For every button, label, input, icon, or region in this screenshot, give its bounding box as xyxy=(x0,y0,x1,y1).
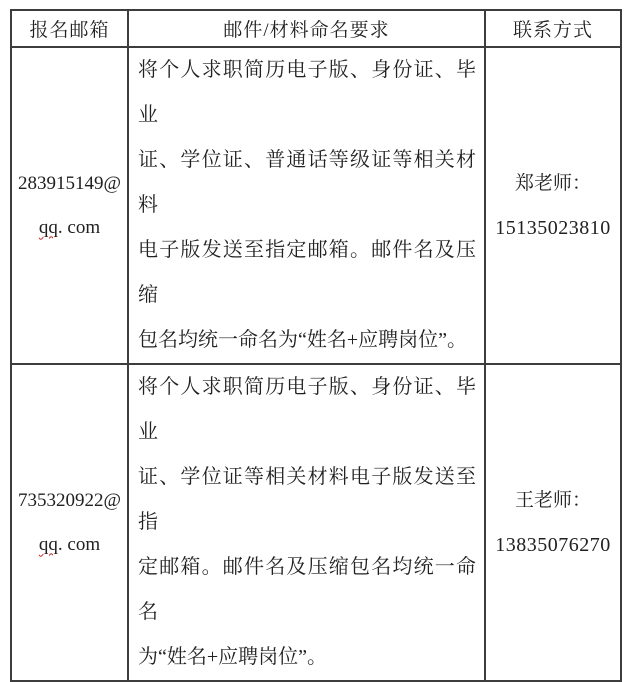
requirement-cell: 将个人求职简历电子版、身份证、毕业 证、学位证、普通话等级证等相关材料 电子版发… xyxy=(128,47,485,364)
contact-phone: 15135023810 xyxy=(486,206,620,250)
requirement-line: 包名均统一命名为“姓名+应聘岗位”。 xyxy=(138,318,476,363)
requirement-line: 将个人求职简历电子版、身份证、毕业 xyxy=(138,48,476,138)
email-domain-rest: . com xyxy=(58,217,100,238)
contact-cell: 王老师： 13835076270 xyxy=(485,364,621,423)
table-row: 283915149@ qq. com 将个人求职简历电子版、身份证、毕业 证、学… xyxy=(11,47,621,364)
email-domain-part: qq. com xyxy=(12,206,127,250)
requirement-line: 证、学位证、普通话等级证等相关材料 xyxy=(138,138,476,228)
email-cell: 735320922@ qq. com xyxy=(11,364,128,423)
header-cell-contact-info: 联系方式 xyxy=(485,10,621,47)
table-row: 735320922@ qq. com 将个人求职简历电子版、身份证、毕业 证、学… xyxy=(11,364,621,423)
header-cell-naming-requirements: 邮件/材料命名要求 xyxy=(128,10,485,47)
table-header-row: 报名邮箱 邮件/材料命名要求 联系方式 xyxy=(11,10,621,47)
requirement-line: 将个人求职简历电子版、身份证、毕业 xyxy=(138,365,476,423)
email-user-part: 283915149@ xyxy=(12,162,127,206)
email-domain-typo: qq xyxy=(39,217,58,238)
contact-cell: 郑老师： 15135023810 xyxy=(485,47,621,364)
requirement-cell: 将个人求职简历电子版、身份证、毕业 证、学位证等相关材料电子版发送至指 定邮箱。… xyxy=(128,364,485,423)
recruitment-application-table: 报名邮箱 邮件/材料命名要求 联系方式 283915149@ qq. com 将… xyxy=(10,9,622,423)
email-cell: 283915149@ qq. com xyxy=(11,47,128,364)
contact-name: 郑老师： xyxy=(486,162,620,206)
header-cell-registration-email: 报名邮箱 xyxy=(11,10,128,47)
requirement-line: 电子版发送至指定邮箱。邮件名及压缩 xyxy=(138,228,476,318)
